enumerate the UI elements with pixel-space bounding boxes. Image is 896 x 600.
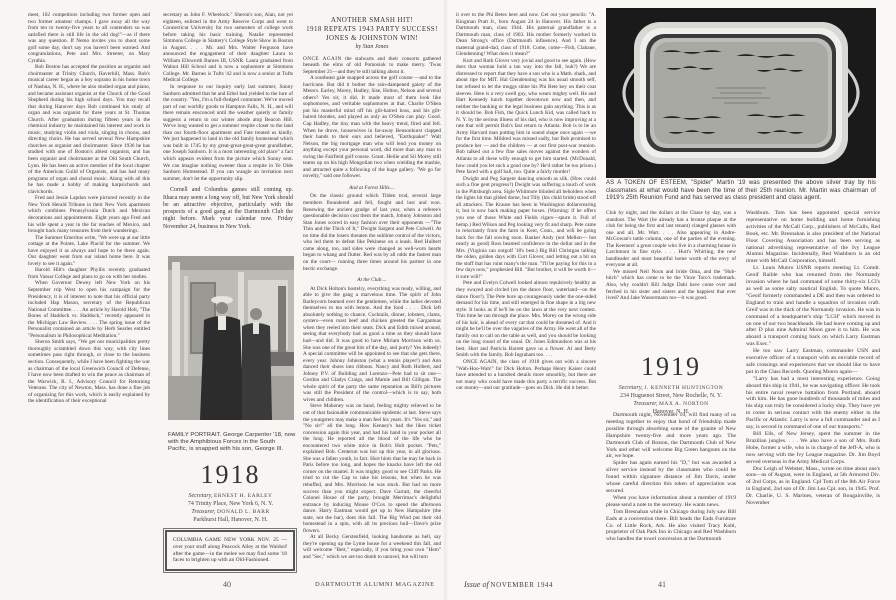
left-page-number: 40 bbox=[223, 580, 231, 589]
issue-date: NOVEMBER 1944 bbox=[490, 581, 553, 589]
treasurer-name: MAX A. NORTON bbox=[659, 401, 709, 407]
secretary-label: Secretary, bbox=[189, 493, 213, 499]
issue-prefix: Issue of bbox=[464, 580, 489, 589]
treasurer-line: Treasurer, DONALD L. BARR bbox=[163, 508, 298, 516]
treasurer-line: Treasurer, MAX A. NORTON bbox=[606, 400, 736, 408]
treasurer-label: Treasurer, bbox=[633, 401, 657, 407]
lead-paragraph: ONCE AGAIN the stalwarts and their conso… bbox=[303, 56, 441, 76]
paragraph: Bob Boston has accepted the position as … bbox=[28, 64, 150, 195]
issue-footer: Issue of NOVEMBER 1944 bbox=[464, 580, 553, 589]
paragraph: ONCE AGAIN, the class of 1918 gives out … bbox=[456, 359, 596, 392]
paragraph: At all Becky Gerstenfield, looking hands… bbox=[303, 534, 441, 560]
paragraph: "Larry has had a most interesting experi… bbox=[746, 376, 880, 431]
paragraph: When you have information about a member… bbox=[606, 495, 736, 509]
paragraph: Tom Bresnahan while in Chicago during Ju… bbox=[606, 509, 736, 544]
paragraph: Club by night, and the dollars at the Ch… bbox=[606, 210, 736, 269]
magazine-title-footer: DARTMOUTH ALUMNI MAGAZINE bbox=[315, 581, 435, 588]
paragraph: Harold Hilt's daughter Phyllis recently … bbox=[28, 267, 150, 280]
right-col-1: it over to the Phi Betes here and now. G… bbox=[456, 12, 596, 574]
paragraph: Dartmouth night, November 10, will find … bbox=[606, 412, 736, 460]
treasurer-name: DONALD L. BARR bbox=[217, 509, 270, 515]
paragraph: Steve Mahoney was on hand, feeling might… bbox=[303, 403, 441, 534]
subhead-forest-hills: And at Forest Hills.... bbox=[303, 185, 441, 192]
paragraph: Sheron Smith says, "We get our municipal… bbox=[28, 339, 150, 404]
paragraph: We missed Neil Noon and bride Oma, and t… bbox=[606, 269, 736, 302]
silver-tray-caption: AS A TOKEN OF ESTEEM, "Spider" Martin '1… bbox=[606, 180, 876, 203]
byline: by Stan Jones bbox=[303, 44, 441, 51]
paragraph: When Governor Dewey left New York on his… bbox=[28, 280, 150, 339]
headline-line-1: ANOTHER SMASH HIT! bbox=[303, 16, 441, 25]
article-headline: ANOTHER SMASH HIT! 1918 REPEATS 1943 PAR… bbox=[303, 16, 441, 43]
paragraph: The Summer Emeritus write, "We were up a… bbox=[28, 235, 150, 268]
treasurer-label: Treasurer, bbox=[191, 509, 215, 515]
paragraph: Doc Leigh of Webster, Mass., wrote on ti… bbox=[746, 466, 880, 507]
left-page: meet, 102 competitors including two form… bbox=[0, 0, 448, 600]
paragraph: Kurt and Ruth Glover very jovial and goo… bbox=[456, 58, 596, 176]
paragraph: A southeast gale snapped across the golf… bbox=[303, 75, 441, 180]
paragraph: Spider has again earned his "D," but was… bbox=[606, 460, 736, 495]
treasurer-address: Parkhurst Hall, Hanover, N. H. bbox=[163, 516, 298, 524]
subhead-at-the-club: At the Club.... bbox=[303, 277, 441, 284]
right-col-2: Club by night, and the dollars at the Ch… bbox=[606, 210, 736, 302]
paragraph: He too saw Larry Eastman, commander USN … bbox=[746, 348, 880, 376]
class-1919-header: 1919 Secretary, J. KENNETH HUNTINGTON 23… bbox=[606, 352, 736, 416]
lead-caps: ONCE AGAIN bbox=[303, 56, 342, 62]
left-col-3: ANOTHER SMASH HIT! 1918 REPEATS 1943 PAR… bbox=[303, 10, 441, 561]
left-col-2: secretary as John F. Wheelock." Sheron's… bbox=[163, 12, 293, 231]
paragraph: Lt. Louis Munro USNR reports meeting Lt.… bbox=[746, 265, 880, 348]
columbia-game-notice: COLUMBIA GAME NEW YORK NOV. 25 —over you… bbox=[165, 530, 295, 571]
right-page: it over to the Phi Betes here and now. G… bbox=[448, 0, 896, 600]
paragraph: At Dick Holton's hostelry, everything wa… bbox=[303, 286, 441, 404]
class-1918-header: 1918 Secretary, ERNEST H. EARLEY 74 Trin… bbox=[163, 460, 298, 524]
paragraph: Fred and Jessie Lapdon were pictured rec… bbox=[28, 195, 150, 234]
secretary-line: Secretary, ERNEST H. EARLEY bbox=[163, 492, 298, 500]
paragraph: secretary as John F. Wheelock." Sheron's… bbox=[163, 12, 293, 84]
paragraph: Pete and Evelyn Colwell looked almost re… bbox=[456, 280, 596, 359]
paragraph: On the classic ground which Tilden trod,… bbox=[303, 193, 441, 272]
secretary-label: Secretary, bbox=[619, 385, 643, 391]
secretary-name: ERNEST H. EARLEY bbox=[214, 493, 272, 499]
right-page-number: 41 bbox=[658, 580, 666, 589]
silver-tray-image-icon bbox=[606, 8, 876, 178]
right-col-2-lower: Dartmouth night, November 10, will find … bbox=[606, 412, 736, 572]
family-portrait-image-icon bbox=[168, 256, 294, 420]
headline-line-3: JONES & JOHNSTON WIN! bbox=[303, 34, 441, 43]
paragraph: meet, 102 competitors including two form… bbox=[28, 12, 150, 64]
class-year: 1919 bbox=[606, 352, 736, 382]
class-year: 1918 bbox=[163, 460, 298, 490]
silver-tray-photo bbox=[606, 8, 876, 178]
secretary-address: 74 Trinity Place, New York 6, N. Y. bbox=[163, 500, 298, 508]
right-col-3: Washburn. Tom has been appointed special… bbox=[746, 210, 880, 574]
callout-paragraph: Cornell and Columbia games still coming … bbox=[163, 187, 293, 231]
magazine-spread: meet, 102 competitors including two form… bbox=[0, 0, 896, 600]
paragraph: Washburn. Tom has been appointed special… bbox=[746, 210, 880, 265]
left-col-1: meet, 102 competitors including two form… bbox=[28, 12, 150, 405]
family-portrait-photo bbox=[168, 256, 294, 420]
secretary-name: J. KENNETH HUNTINGTON bbox=[644, 385, 723, 391]
secretary-address: 234 Huguenot Street, New Rochelle, N. Y. bbox=[606, 392, 736, 400]
secretary-line: Secretary, J. KENNETH HUNTINGTON bbox=[606, 384, 736, 392]
paragraph: Bill Ells, of New Jersey, spent the summ… bbox=[746, 431, 880, 466]
paragraph: In response to our inquiry early last su… bbox=[163, 84, 293, 182]
paragraph: Dwight and Peg Sargent dancing smooth as… bbox=[456, 176, 596, 281]
headline-line-2: 1918 REPEATS 1943 PARTY SUCCESS! bbox=[303, 25, 441, 34]
paragraph: it over to the Phi Betes here and now. G… bbox=[456, 12, 596, 58]
family-portrait-caption: FAMILY PORTRAIT. George Carpenter '18, n… bbox=[168, 432, 296, 454]
